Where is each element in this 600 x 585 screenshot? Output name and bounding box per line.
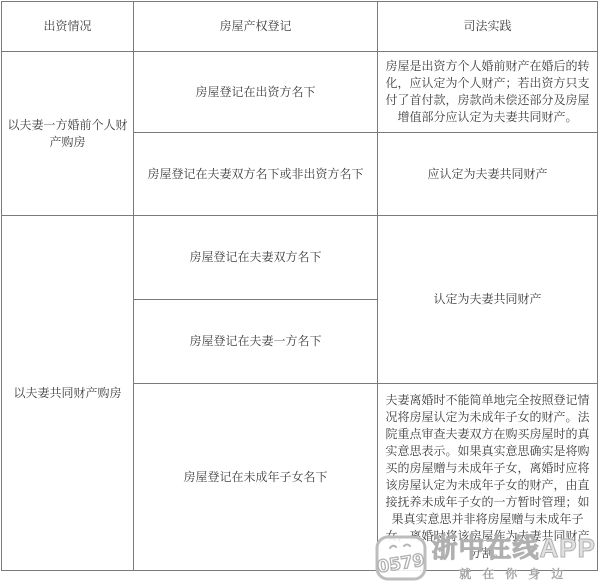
screenshot-root: 出资情况 房屋产权登记 司法实践 以夫妻一方婚前个人财产购房 房屋登记在出资方名…: [0, 0, 600, 585]
cell-practice-joint-property: 应认定为夫妻共同财产: [378, 133, 598, 216]
row-premarital-investor-name: 以夫妻一方婚前个人财产购房 房屋登记在出资方名下 房屋是出资方个人婚前财产在婚后…: [2, 52, 598, 133]
header-practice: 司法实践: [378, 2, 598, 52]
cell-practice-joint-merged: 认定为夫妻共同财产: [378, 216, 598, 384]
cell-registration-minor-child: 房屋登记在未成年子女名下: [134, 384, 378, 571]
cell-practice-minor-child: 夫妻离婚时不能简单地完全按照登记情况将房屋认定为未成年子女的财产。法院重点审查夫…: [378, 384, 598, 571]
cell-registration-both-or-noninvestor: 房屋登记在夫妻双方名下或非出资方名下: [134, 133, 378, 216]
row-joint-both-names: 以夫妻共同财产购房 房屋登记在夫妻双方名下 认定为夫妻共同财产: [2, 216, 598, 300]
cell-registration-both: 房屋登记在夫妻双方名下: [134, 216, 378, 300]
cell-funding-joint: 以夫妻共同财产购房: [2, 216, 134, 571]
cell-funding-premarital: 以夫妻一方婚前个人财产购房: [2, 52, 134, 216]
cell-registration-investor: 房屋登记在出资方名下: [134, 52, 378, 133]
cell-practice-personal-conversion: 房屋是出资方个人婚前财产在婚后的转化，应认定为个人财产；若出资方只支付了首付款，…: [378, 52, 598, 133]
header-funding: 出资情况: [2, 2, 134, 52]
cell-registration-one-spouse: 房屋登记在夫妻一方名下: [134, 300, 378, 384]
property-division-table: 出资情况 房屋产权登记 司法实践 以夫妻一方婚前个人财产购房 房屋登记在出资方名…: [1, 1, 598, 571]
header-row: 出资情况 房屋产权登记 司法实践: [2, 2, 598, 52]
header-registration: 房屋产权登记: [134, 2, 378, 52]
